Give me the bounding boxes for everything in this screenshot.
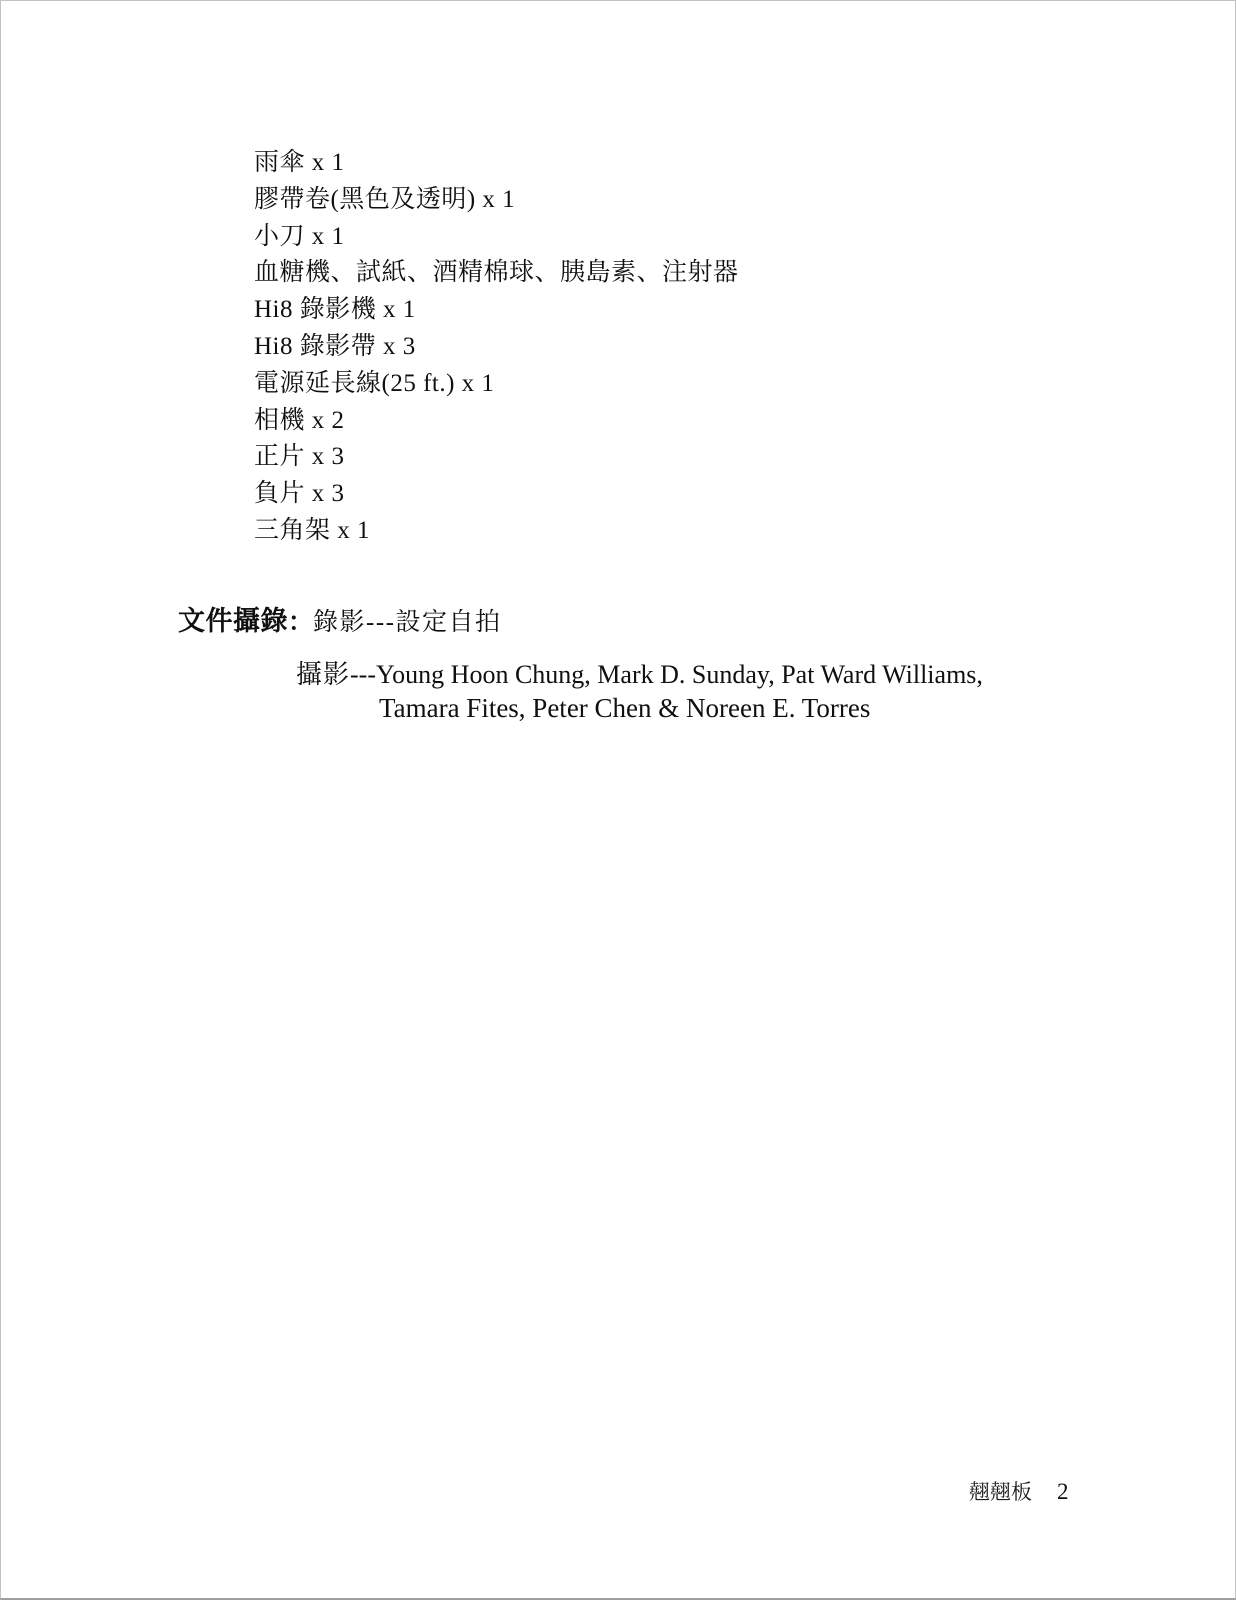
page-footer: 翹翹板2 [969,1476,1069,1506]
footer-document-title: 翹翹板 [969,1480,1032,1504]
list-item: 膠帶卷(黑色及透明) x 1 [254,182,739,219]
footer-page-number: 2 [1057,1479,1069,1504]
documentation-section: 文件攝錄：錄影---設定自拍 [178,599,502,638]
documentation-colon: ： [288,609,313,636]
list-item: 正片 x 3 [254,439,739,476]
photography-credits-line1: 攝影---Young Hoon Chung, Mark D. Sunday, P… [296,654,983,691]
credits-names-1: Young Hoon Chung, Mark D. Sunday, Pat Wa… [376,660,983,689]
photography-credits-label: 攝影 [296,660,350,689]
list-item: 雨傘 x 1 [254,145,739,182]
credits-separator: --- [350,660,376,689]
document-page: 雨傘 x 1 膠帶卷(黑色及透明) x 1 小刀 x 1 血糖機、試紙、酒精棉球… [0,0,1236,1600]
documentation-method: 錄影---設定自拍 [313,609,501,636]
list-item: 負片 x 3 [254,476,739,513]
documentation-label: 文件攝錄 [178,606,288,636]
photography-credits-line2: Tamara Fites, Peter Chen & Noreen E. Tor… [379,693,870,724]
equipment-list: 雨傘 x 1 膠帶卷(黑色及透明) x 1 小刀 x 1 血糖機、試紙、酒精棉球… [254,145,739,550]
list-item: 三角架 x 1 [254,513,739,550]
list-item: 血糖機、試紙、酒精棉球、胰島素、注射器 [254,255,739,292]
list-item: 相機 x 2 [254,403,739,440]
list-item: Hi8 錄影機 x 1 [254,292,739,329]
list-item: 小刀 x 1 [254,219,739,256]
list-item: 電源延長線(25 ft.) x 1 [254,366,739,403]
list-item: Hi8 錄影帶 x 3 [254,329,739,366]
credits-names-2: Tamara Fites, Peter Chen & Noreen E. Tor… [379,693,870,723]
